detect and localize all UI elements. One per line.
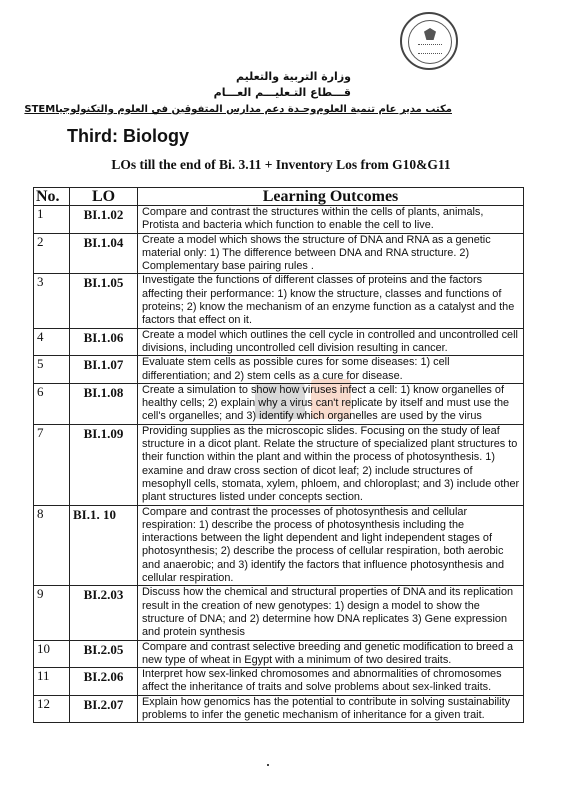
learning-outcomes-table: No. LO Learning Outcomes 1BI.1.02Compare… xyxy=(33,187,524,723)
row-number: 4 xyxy=(34,328,70,356)
lo-code: BI.1.07 xyxy=(70,356,138,384)
learning-outcome-text: Explain how genomics has the potential t… xyxy=(138,695,524,723)
lo-code: BI.1.04 xyxy=(70,233,138,274)
row-number: 11 xyxy=(34,668,70,696)
office-right-label: وحـدة دعم مدارس المتفوقين في العلوم والت… xyxy=(24,104,316,115)
learning-outcome-text: Interpret how sex-linked chromosomes and… xyxy=(138,668,524,696)
lo-code: BI.1.06 xyxy=(70,328,138,356)
lo-code: BI.2.07 xyxy=(70,695,138,723)
learning-outcome-text: Investigate the functions of different c… xyxy=(138,274,524,328)
row-number: 3 xyxy=(34,274,70,328)
table-row: 7BI.1.09Providing supplies as the micros… xyxy=(34,424,524,505)
row-number: 9 xyxy=(34,586,70,640)
row-number: 10 xyxy=(34,640,70,668)
ministry-seal-logo-icon xyxy=(400,12,458,70)
row-number: 8 xyxy=(34,505,70,586)
row-number: 7 xyxy=(34,424,70,505)
sector-name: قـــطاع التـعليـــم العـــام xyxy=(214,86,351,99)
lo-code: BI.2.03 xyxy=(70,586,138,640)
row-number: 6 xyxy=(34,383,70,424)
learning-outcome-text: Compare and contrast the structures with… xyxy=(138,206,524,234)
seal-script-icon xyxy=(418,44,442,54)
lo-code: BI.1.02 xyxy=(70,206,138,234)
lo-code: BI.2.05 xyxy=(70,640,138,668)
table-row: 1BI.1.02Compare and contrast the structu… xyxy=(34,206,524,234)
table-row: 4BI.1.06Create a model which outlines th… xyxy=(34,328,524,356)
header-no: No. xyxy=(34,188,70,206)
lo-code: BI.1.05 xyxy=(70,274,138,328)
learning-outcome-text: Evaluate stem cells as possible cures fo… xyxy=(138,356,524,384)
learning-outcome-text: Create a simulation to show how viruses … xyxy=(138,383,524,424)
learning-outcome-text: Create a model which outlines the cell c… xyxy=(138,328,524,356)
learning-outcome-text: Compare and contrast selective breeding … xyxy=(138,640,524,668)
table-row: 2BI.1.04Create a model which shows the s… xyxy=(34,233,524,274)
table-row: 12BI.2.07Explain how genomics has the po… xyxy=(34,695,524,723)
table-header-row: No. LO Learning Outcomes xyxy=(34,188,524,206)
page-subtitle: LOs till the end of Bi. 3.11 + Inventory… xyxy=(0,157,562,173)
table-row: 6BI.1.08Create a simulation to show how … xyxy=(34,383,524,424)
learning-outcome-text: Discuss how the chemical and structural … xyxy=(138,586,524,640)
table-row: 10BI.2.05Compare and contrast selective … xyxy=(34,640,524,668)
lo-code: BI.2.06 xyxy=(70,668,138,696)
office-left-label: مكتب مدير عام تنمية العلوم xyxy=(316,104,452,115)
scan-speck xyxy=(267,764,269,766)
row-number: 12 xyxy=(34,695,70,723)
lo-code: BI.1.08 xyxy=(70,383,138,424)
table-row: 5BI.1.07Evaluate stem cells as possible … xyxy=(34,356,524,384)
row-number: 2 xyxy=(34,233,70,274)
eagle-emblem-icon xyxy=(424,28,436,40)
ministry-name: وزارة التربية والتعليم xyxy=(236,70,351,83)
lo-code: BI.1. 10 xyxy=(70,505,138,586)
page-title: Third: Biology xyxy=(67,126,189,147)
learning-outcome-text: Compare and contrast the processes of ph… xyxy=(138,505,524,586)
learning-outcome-text: Create a model which shows the structure… xyxy=(138,233,524,274)
table-row: 11BI.2.06Interpret how sex-linked chromo… xyxy=(34,668,524,696)
learning-outcome-text: Providing supplies as the microscopic sl… xyxy=(138,424,524,505)
row-number: 5 xyxy=(34,356,70,384)
header-learning-outcomes: Learning Outcomes xyxy=(138,188,524,206)
lo-code: BI.1.09 xyxy=(70,424,138,505)
table-row: 3BI.1.05Investigate the functions of dif… xyxy=(34,274,524,328)
table-row: 9BI.2.03Discuss how the chemical and str… xyxy=(34,586,524,640)
header-lo: LO xyxy=(70,188,138,206)
row-number: 1 xyxy=(34,206,70,234)
office-line: مكتب مدير عام تنمية العلوم وحـدة دعم مدا… xyxy=(66,104,452,115)
table-row: 8BI.1. 10Compare and contrast the proces… xyxy=(34,505,524,586)
